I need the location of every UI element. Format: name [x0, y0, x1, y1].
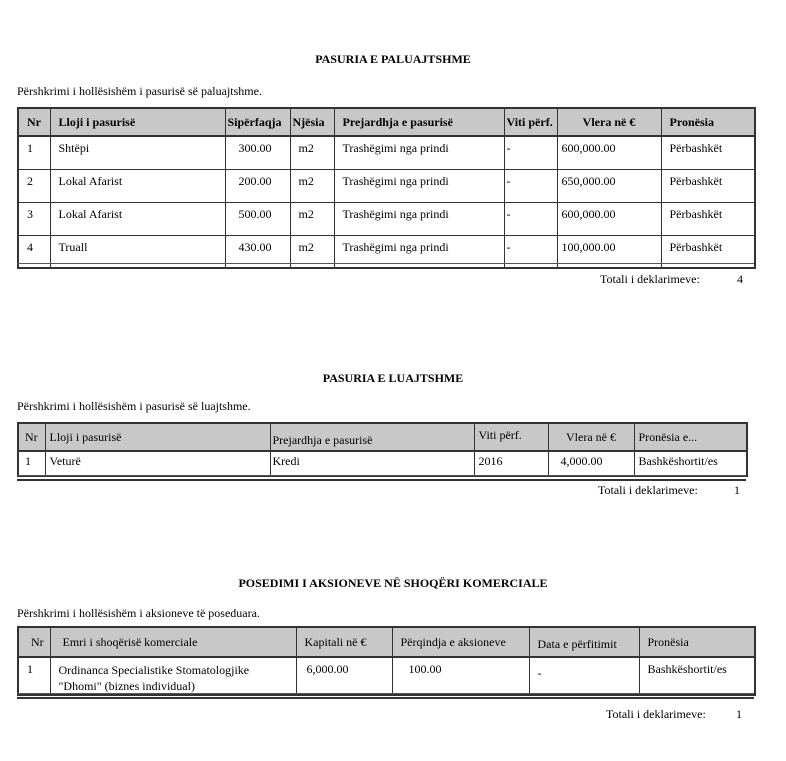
table-cell: - — [504, 202, 557, 235]
shares-table: Nr Emri i shoqërisë komerciale Kapitali … — [17, 626, 756, 696]
section-title-movable: PASURIA E LUAJTSHME — [0, 371, 786, 386]
total-count: 1 — [734, 483, 740, 498]
table-row: 3Lokal Afarist500.00m2Trashëgimi nga pri… — [18, 202, 755, 235]
table-cell: 2016 — [474, 451, 548, 476]
total-declarations-immovable: Totali i deklarimeve: 4 — [600, 272, 750, 287]
header-acquisition-date: Data e përfitimit — [529, 627, 639, 657]
header-type: Lloji i pasurisë — [45, 423, 270, 451]
header-share-percent: Përqindja e aksioneve — [392, 627, 529, 657]
table-cell: 500.00 — [225, 202, 290, 235]
total-declarations-shares: Totali i deklarimeve: 1 — [606, 707, 756, 722]
header-ownership: Pronësia — [639, 627, 755, 657]
total-label: Totali i deklarimeve: — [606, 707, 706, 721]
header-value: Vlera në € — [557, 108, 661, 136]
table-cell: - — [504, 136, 557, 169]
total-label: Totali i deklarimeve: — [600, 272, 700, 286]
table-cell: 300.00 — [225, 136, 290, 169]
table-cell: Trashëgimi nga prindi — [334, 202, 504, 235]
table-end-rule — [17, 263, 754, 269]
table-header-row: Nr Lloji i pasurisë Prejardhja e pasuris… — [18, 423, 747, 451]
table-cell: m2 — [290, 136, 334, 169]
table-cell: 1 — [18, 657, 50, 695]
table-header-row: Nr Lloji i pasurisë Sipërfaqja Njësia Pr… — [18, 108, 755, 136]
table-cell: Përbashkët — [661, 202, 755, 235]
table-cell: 6,000.00 — [296, 657, 392, 695]
header-type: Lloji i pasurisë — [50, 108, 225, 136]
table-end-rule — [17, 693, 754, 699]
table-cell: m2 — [290, 169, 334, 202]
table-cell: Veturë — [45, 451, 270, 476]
header-origin: Prejardhja e pasurisë — [270, 423, 474, 451]
table-cell: m2 — [290, 202, 334, 235]
movable-property-table: Nr Lloji i pasurisë Prejardhja e pasuris… — [17, 422, 748, 477]
header-year: Viti përf. — [474, 423, 548, 451]
header-nr: Nr — [18, 627, 50, 657]
header-area: Sipërfaqja — [225, 108, 290, 136]
header-value: Vlera në € — [548, 423, 634, 451]
table-end-rule — [17, 475, 746, 481]
table-cell: Përbashkët — [661, 169, 755, 202]
total-label: Totali i deklarimeve: — [598, 483, 698, 497]
table-cell: 1 — [18, 451, 45, 476]
table-cell: 100.00 — [392, 657, 529, 695]
section-description-movable: Përshkrimi i hollësishëm i pasurisë së l… — [17, 399, 251, 414]
table-cell: 1 — [18, 136, 50, 169]
section-description-immovable: Përshkrimi i hollësishëm i pasurisë së p… — [17, 84, 262, 99]
table-cell: 600,000.00 — [557, 202, 661, 235]
header-company-name: Emri i shoqërisë komerciale — [50, 627, 296, 657]
table-row: 2Lokal Afarist200.00m2Trashëgimi nga pri… — [18, 169, 755, 202]
table-cell: Trashëgimi nga prindi — [334, 136, 504, 169]
table-cell: 650,000.00 — [557, 169, 661, 202]
table-cell: Ordinanca Specialistike Stomatologjike "… — [50, 657, 296, 695]
table-cell: Trashëgimi nga prindi — [334, 169, 504, 202]
table-row: 1Shtëpi300.00m2Trashëgimi nga prindi-600… — [18, 136, 755, 169]
table-cell: 3 — [18, 202, 50, 235]
table-cell: 600,000.00 — [557, 136, 661, 169]
section-title-shares: POSEDIMI I AKSIONEVE NË SHOQËRI KOMERCIA… — [0, 576, 786, 591]
table-cell: Lokal Afarist — [50, 202, 225, 235]
table-cell: - — [529, 657, 639, 695]
table-cell: Kredi — [270, 451, 474, 476]
total-declarations-movable: Totali i deklarimeve: 1 — [598, 483, 748, 498]
table-cell: 2 — [18, 169, 50, 202]
total-count: 4 — [737, 272, 743, 287]
header-origin: Prejardhja e pasurisë — [334, 108, 504, 136]
header-ownership: Pronësia — [661, 108, 755, 136]
table-row: 1Ordinanca Specialistike Stomatologjike … — [18, 657, 755, 695]
table-cell: 4,000.00 — [548, 451, 634, 476]
section-title-immovable: PASURIA E PALUAJTSHME — [0, 52, 786, 67]
header-ownership: Pronësia e... — [634, 423, 747, 451]
table-cell: - — [504, 169, 557, 202]
total-count: 1 — [736, 707, 742, 722]
table-cell: Bashkëshortit/es — [634, 451, 747, 476]
table-header-row: Nr Emri i shoqërisë komerciale Kapitali … — [18, 627, 755, 657]
header-nr: Nr — [18, 423, 45, 451]
table-row: 1VeturëKredi20164,000.00Bashkëshortit/es — [18, 451, 747, 476]
table-cell: Lokal Afarist — [50, 169, 225, 202]
section-description-shares: Përshkrimi i hollësishëm i aksioneve të … — [17, 606, 260, 621]
table-cell: 200.00 — [225, 169, 290, 202]
table-cell: Bashkëshortit/es — [639, 657, 755, 695]
immovable-property-table: Nr Lloji i pasurisë Sipërfaqja Njësia Pr… — [17, 107, 756, 269]
header-unit: Njësia — [290, 108, 334, 136]
table-cell: Përbashkët — [661, 136, 755, 169]
table-cell: Shtëpi — [50, 136, 225, 169]
header-nr: Nr — [18, 108, 50, 136]
header-year: Viti përf. — [504, 108, 557, 136]
header-capital: Kapitali në € — [296, 627, 392, 657]
